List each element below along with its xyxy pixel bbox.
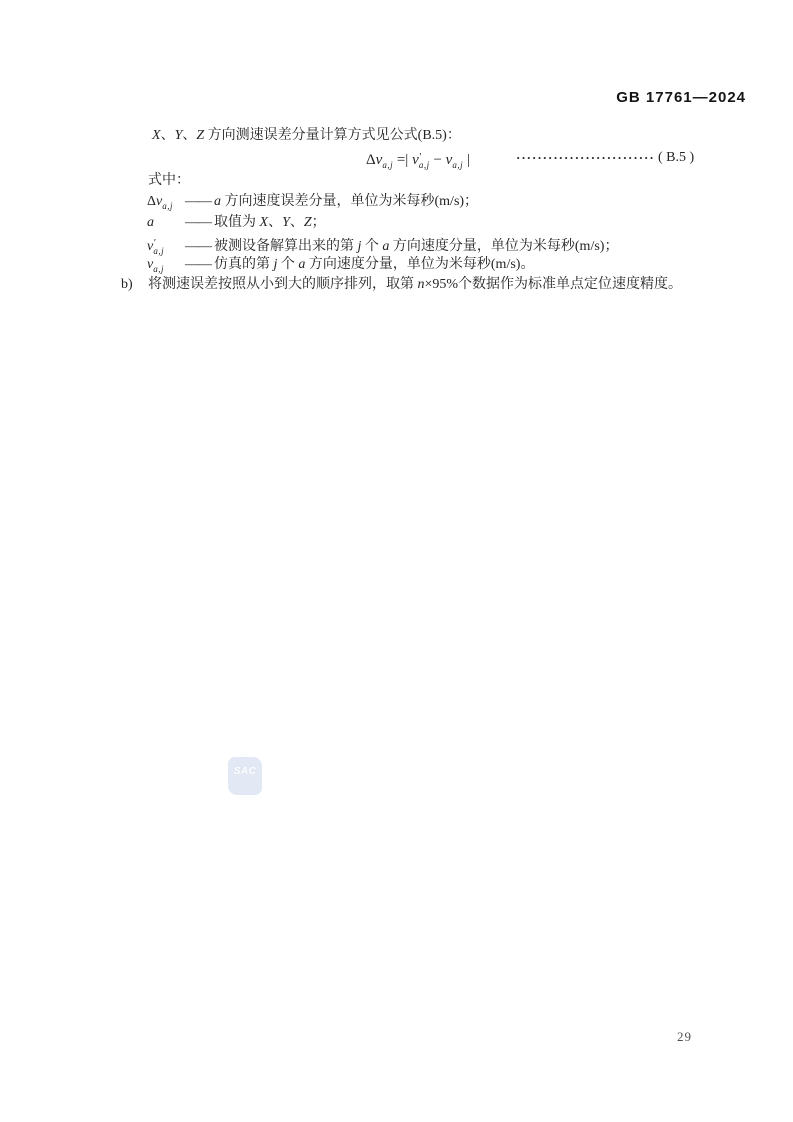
sac-watermark-text: SAC	[234, 766, 257, 777]
formula-label: ( B.5 )	[658, 148, 694, 168]
definition-dash: ——	[185, 194, 211, 209]
document-page: GB 17761—2024 X、Y、Z 方向测速误差分量计算方式见公式(B.5)…	[0, 0, 793, 1122]
definition-term: a	[147, 213, 185, 233]
definition-description: 被测设备解算出来的第 j 个 a 方向速度分量，单位为米每秒(m/s)；	[214, 239, 618, 254]
list-item-b-text: 将测速误差按照从小到大的顺序排列，取第 n×95%个数据作为标准单点定位速度精度…	[148, 275, 682, 295]
doc-code-header: GB 17761—2024	[616, 89, 746, 106]
definition-description: 仿真的第 j 个 a 方向速度分量，单位为米每秒(m/s)。	[214, 257, 534, 272]
page-number: 29	[677, 1029, 692, 1045]
intro-paragraph: X、Y、Z 方向测速误差分量计算方式见公式(B.5)：	[152, 126, 461, 146]
sac-watermark-logo: SAC	[228, 757, 262, 795]
definition-description: a 方向速度误差分量，单位为米每秒(m/s)；	[214, 194, 478, 209]
where-label: 式中：	[148, 171, 190, 191]
definition-dash: ——	[185, 257, 211, 272]
definition-description: 取值为 X、Y、Z；	[214, 215, 326, 230]
definition-dash: ——	[185, 215, 211, 230]
formula-leader-dots: ········································	[516, 148, 654, 168]
list-item-b-marker: b)	[121, 275, 133, 295]
definition-dash: ——	[185, 239, 211, 254]
formula-expression: Δva,j =| v′a,j − va,j |	[366, 148, 470, 175]
definition-row: a——取值为 X、Y、Z；	[147, 213, 326, 233]
